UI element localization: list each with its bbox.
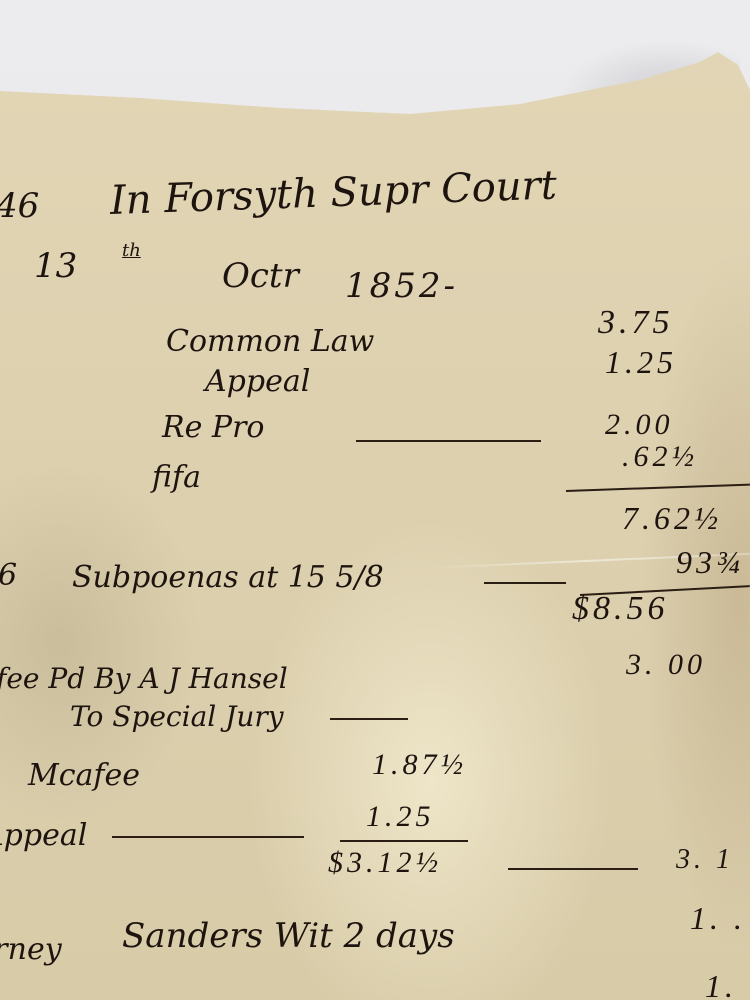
subtotal-amount: 7.62½	[622, 500, 722, 537]
account-item-amount: 1.25	[366, 800, 435, 834]
fee-item-label: fifa	[152, 460, 201, 495]
account-total-rule	[340, 840, 468, 842]
bottom-partial-amount: 1.	[705, 968, 737, 1000]
witness-prefix: Attorney	[0, 932, 62, 967]
fee-item-label: Common Law	[166, 324, 374, 359]
witness-amount: 1. .	[690, 900, 746, 937]
leader-line	[484, 582, 566, 584]
fee-item-amount: .62½	[622, 440, 698, 474]
account-item-amount: 1.87½	[372, 748, 467, 782]
leader-line	[508, 868, 638, 870]
fee-item-label: Appeal	[205, 364, 310, 399]
fee-item-amount: 3.75	[598, 304, 674, 342]
jury-fee-line2: To Special Jury	[70, 700, 284, 733]
fee-item-label: Re Pro	[162, 410, 264, 445]
heading-day: 13	[34, 246, 77, 286]
heading-day-suffix: th	[122, 240, 141, 261]
heading-month: Octr	[222, 256, 299, 296]
fee-item-amount: 2.00	[605, 408, 674, 442]
carried-amount: 3. 1	[676, 844, 734, 876]
leader-line	[330, 718, 408, 720]
leader-line	[356, 440, 541, 442]
fee-item-amount: 1.25	[605, 344, 677, 381]
subpoena-label: Subpoenas at 15 5/8	[72, 560, 384, 595]
leader-line	[112, 836, 304, 838]
account-item-label: Appeal	[0, 818, 87, 853]
jury-fee-line1: fee Pd By A J Hansel	[0, 662, 288, 695]
account-item-label: Mcafee	[28, 758, 140, 793]
jury-fee-amount: 3. 00	[626, 648, 706, 682]
heading-year: 1852-	[345, 266, 458, 306]
total-amount: $8.56	[572, 590, 669, 628]
account-total: $3.12½	[328, 846, 442, 880]
witness-label: Sanders Wit 2 days	[122, 916, 455, 956]
subpoena-amount: 93¾	[676, 544, 744, 581]
heading-number: 46	[0, 186, 39, 226]
subpoena-prefix: 6	[0, 558, 17, 593]
